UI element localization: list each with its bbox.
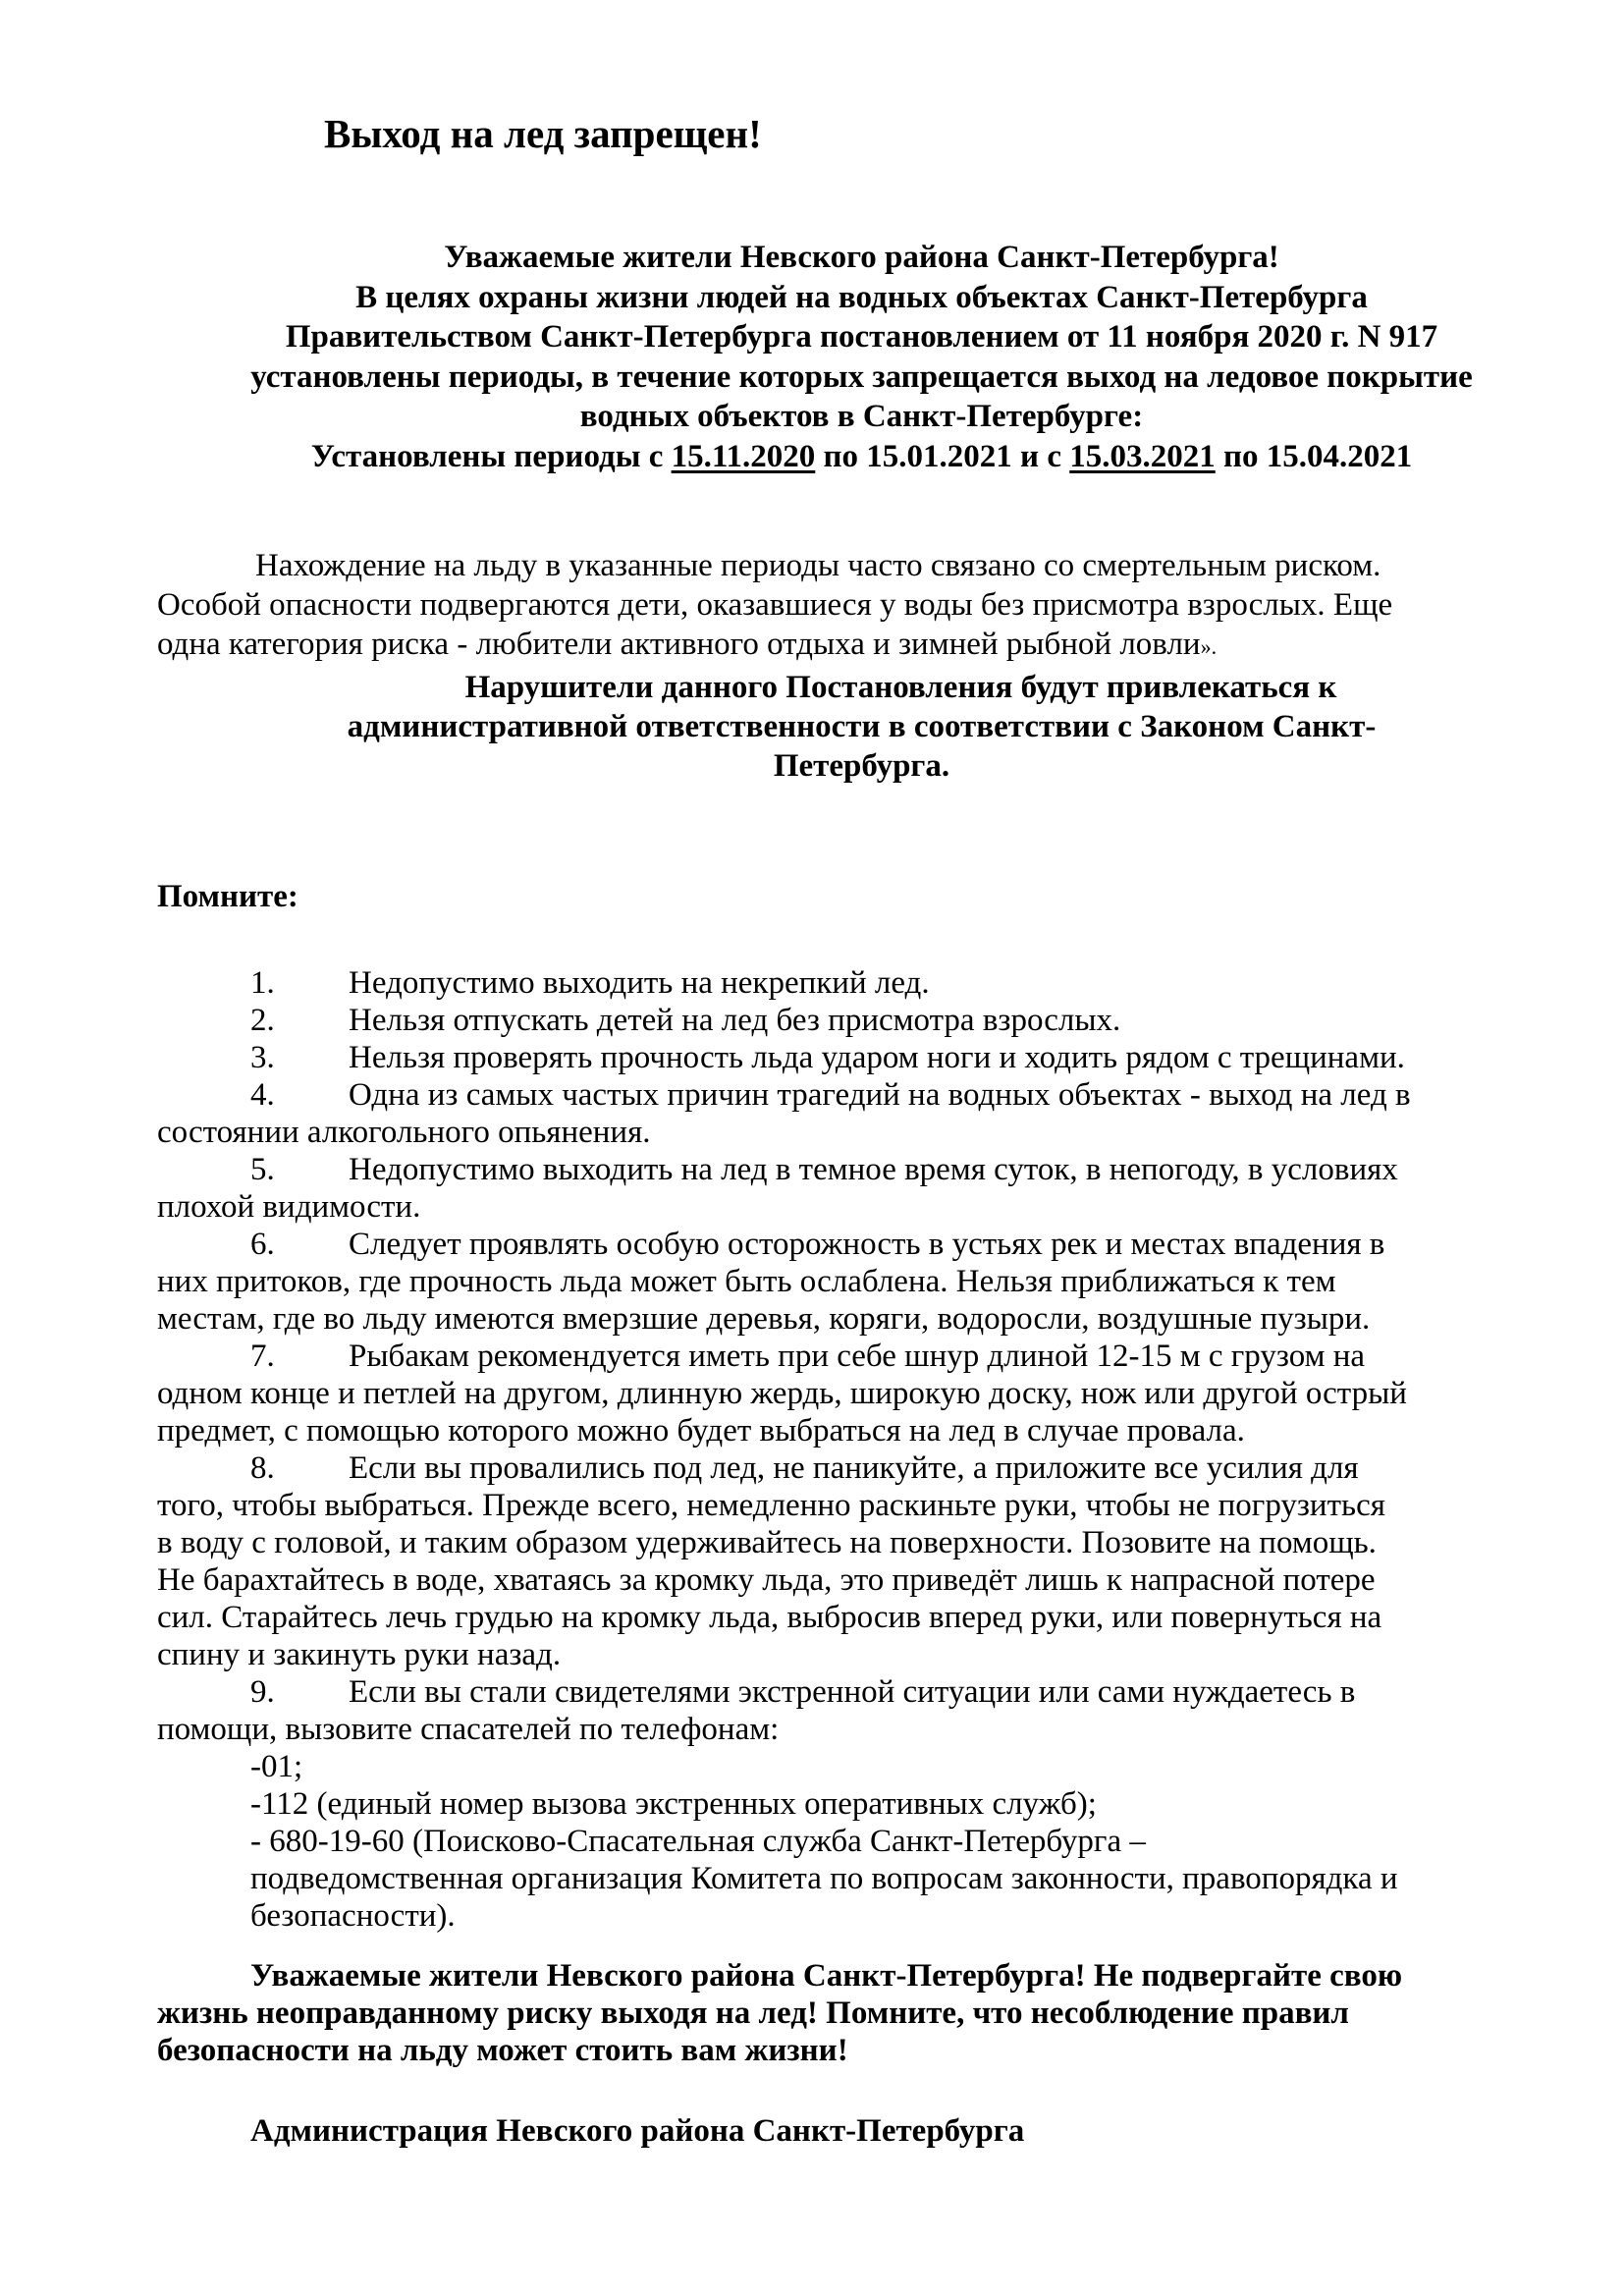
rule-text-continued: помощи, вызовите спасателей по телефонам… — [157, 1711, 1566, 1748]
rule-item: 3.Нельзя проверять прочность льда ударом… — [157, 1039, 1566, 1076]
period-start-2: 15.03.2021 — [1069, 439, 1216, 474]
rule-item: 4.Одна из самых частых причин трагедий н… — [157, 1076, 1566, 1151]
phone-entry: безопасности). — [250, 1897, 1566, 1935]
rule-item: 6.Следует проявлять особую осторожность … — [157, 1226, 1566, 1338]
header-line: Уважаемые жители Невского района Санкт-П… — [157, 238, 1566, 278]
rule-number: 2. — [250, 1002, 349, 1039]
rule-text: Нельзя отпускать детей на лед без присмо… — [349, 1003, 1120, 1038]
rule-item: 2.Нельзя отпускать детей на лед без прис… — [157, 1002, 1566, 1039]
periods-end: по 15.04.2021 — [1216, 439, 1413, 474]
periods-mid: по 15.01.2021 и с — [815, 439, 1069, 474]
document-title: Выход на лед запрещен! — [324, 110, 762, 157]
rule-text: Нельзя проверять прочность льда ударом н… — [349, 1040, 1405, 1075]
phone-entry: -01; — [250, 1748, 1566, 1785]
intro-line: Нахождение на льду в указанные периоды ч… — [157, 546, 1566, 585]
header-line: установлены периоды, в течение которых з… — [157, 357, 1566, 398]
header-line: В целях охраны жизни людей на водных объ… — [157, 278, 1566, 318]
rule-text-continued: одном конце и петлей на другом, длинную … — [157, 1375, 1566, 1412]
period-start-1: 15.11.2020 — [672, 439, 816, 474]
warning-line: административной ответственности в соотв… — [157, 707, 1566, 746]
rule-text: Недопустимо выходить на лед в темное вре… — [349, 1152, 1398, 1187]
rule-text-continued: них притоков, где прочность льда может б… — [157, 1263, 1566, 1300]
signature: Администрация Невского района Санкт-Пете… — [250, 2113, 1024, 2150]
rule-text: Следует проявлять особую осторожность в … — [349, 1227, 1384, 1262]
rule-number: 4. — [250, 1076, 349, 1114]
closing-quote: ». — [1201, 634, 1218, 659]
rule-text-continued: предмет, с помощью которого можно будет … — [157, 1412, 1566, 1449]
rule-number: 8. — [250, 1449, 349, 1487]
rule-text-continued: спину и закинуть руки назад. — [157, 1636, 1566, 1673]
header-block: Уважаемые жители Невского района Санкт-П… — [157, 238, 1566, 476]
intro-paragraph: Нахождение на льду в указанные периоды ч… — [157, 546, 1566, 667]
rule-text: Если вы провалились под лед, не паникуйт… — [349, 1450, 1359, 1486]
periods-prefix: Установлены периоды с — [311, 439, 672, 474]
rule-text-continued: состоянии алкогольного опьянения. — [157, 1114, 1566, 1151]
warning-line: Нарушители данного Постановления будут п… — [157, 668, 1566, 707]
phone-entry: -112 (единый номер вызова экстренных опе… — [250, 1785, 1566, 1823]
rule-text-continued: в воду с головой, и таким образом удержи… — [157, 1524, 1566, 1561]
rule-number: 9. — [250, 1673, 349, 1711]
intro-line: одна категория риска - любители активног… — [157, 625, 1566, 667]
rule-item: 1.Недопустимо выходить на некрепкий лед. — [157, 964, 1566, 1002]
rule-text-continued: сил. Старайтесь лечь грудью на кромку ль… — [157, 1599, 1566, 1636]
periods-line: Установлены периоды с 15.11.2020 по 15.0… — [157, 437, 1566, 477]
warning-line: Петербурга. — [157, 746, 1566, 786]
closing-line: Уважаемые жители Невского района Санкт-П… — [157, 1957, 1566, 1995]
header-line: водных объектов в Санкт-Петербурге: — [157, 397, 1566, 437]
rules-list: 1.Недопустимо выходить на некрепкий лед.… — [157, 964, 1566, 1935]
intro-line: Особой опасности подвергаются дети, оказ… — [157, 585, 1566, 625]
closing-appeal: Уважаемые жители Невского района Санкт-П… — [157, 1957, 1566, 2069]
rule-item: 5.Недопустимо выходить на лед в темное в… — [157, 1151, 1566, 1226]
phone-list: -01;-112 (единый номер вызова экстренных… — [157, 1748, 1566, 1935]
rule-text-continued: плохой видимости. — [157, 1188, 1566, 1226]
rule-text: Если вы стали свидетелями экстренной сит… — [349, 1674, 1355, 1710]
rule-text-continued: местам, где во льду имеются вмерзшие дер… — [157, 1300, 1566, 1338]
rule-text: Рыбакам рекомендуется иметь при себе шну… — [349, 1339, 1365, 1374]
phone-entry: - 680-19-60 (Поисково-Спасательная служб… — [250, 1823, 1566, 1860]
rule-text: Одна из самых частых причин трагедий на … — [349, 1077, 1411, 1113]
header-line: Правительством Санкт-Петербурга постанов… — [157, 317, 1566, 357]
closing-line: безопасности на льду может стоить вам жи… — [157, 2032, 1566, 2069]
penalty-warning: Нарушители данного Постановления будут п… — [157, 668, 1566, 786]
rule-text-continued: того, чтобы выбраться. Прежде всего, нем… — [157, 1487, 1566, 1524]
closing-line: жизнь неоправданному риску выходя на лед… — [157, 1995, 1566, 2032]
rule-number: 7. — [250, 1338, 349, 1375]
rule-number: 1. — [250, 964, 349, 1002]
rule-number: 3. — [250, 1039, 349, 1076]
rule-text-continued: Не барахтайтесь в воде, хватаясь за кром… — [157, 1561, 1566, 1599]
rule-number: 5. — [250, 1151, 349, 1188]
phone-entry: подведомственная организация Комитета по… — [250, 1860, 1566, 1897]
rule-item: 8.Если вы провалились под лед, не панику… — [157, 1449, 1566, 1673]
remember-heading: Помните: — [157, 879, 298, 915]
rule-item: 7.Рыбакам рекомендуется иметь при себе ш… — [157, 1338, 1566, 1449]
rule-number: 6. — [250, 1226, 349, 1263]
rule-item: 9.Если вы стали свидетелями экстренной с… — [157, 1673, 1566, 1748]
rule-text: Недопустимо выходить на некрепкий лед. — [349, 965, 930, 1001]
